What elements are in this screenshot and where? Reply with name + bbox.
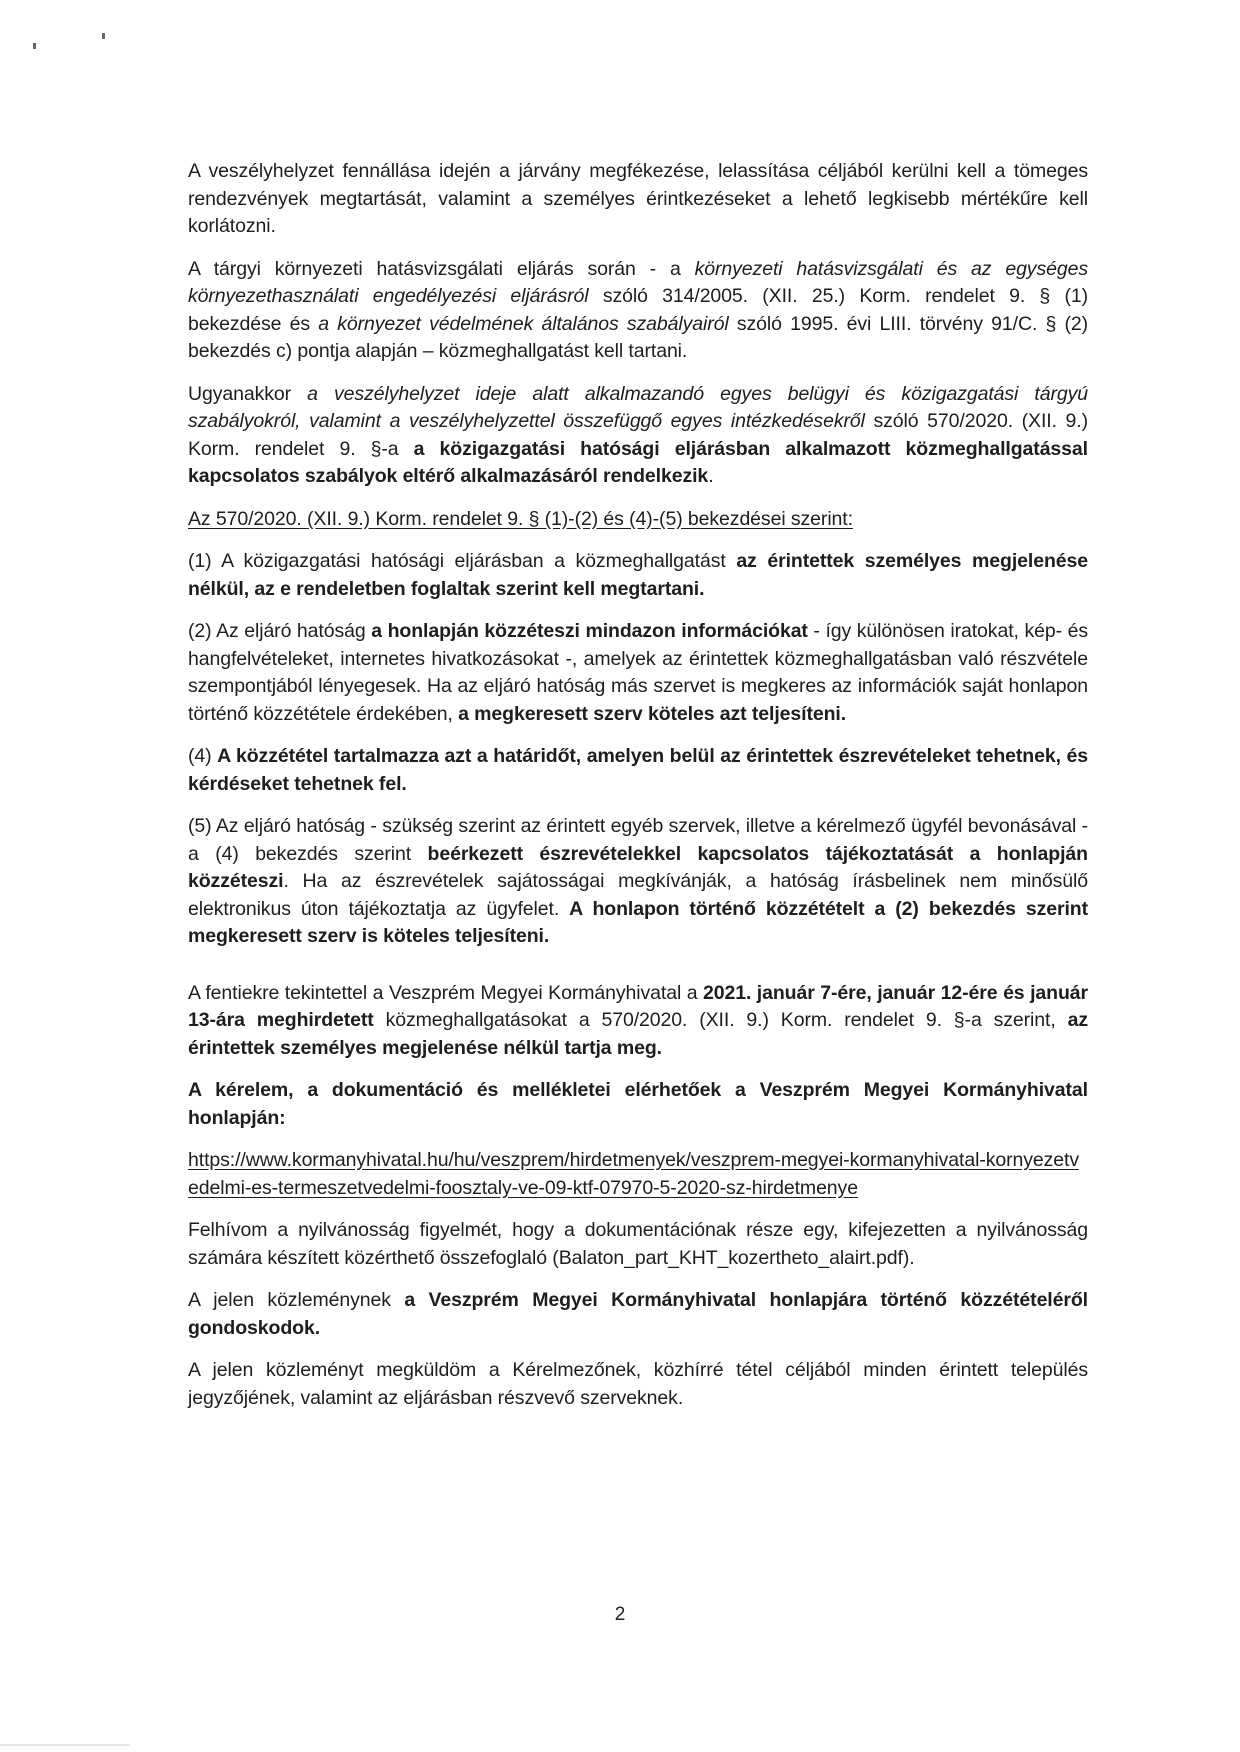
text: A fentiekre tekintettel a Veszprém Megye… [188,982,703,1004]
section-heading-underlined: Az 570/2020. (XII. 9.) Korm. rendelet 9.… [188,506,1088,534]
scan-mark-right [102,33,105,39]
emphasis-bold: a honlapján közzéteszi mindazon informác… [371,620,808,642]
paragraph-legal-basis: A tárgyi környezeti hatásvizsgálati eljá… [188,256,1088,366]
paragraph-public-summary: Felhívom a nyilvánosság figyelmét, hogy … [188,1217,1088,1272]
page-number: 2 [0,1604,1240,1626]
text: . [708,465,713,487]
clause-4: (4) A közzététel tartalmazza azt a határ… [188,743,1088,798]
clause-1: (1) A közigazgatási hatósági eljárásban … [188,548,1088,603]
scan-mark-left [33,43,36,49]
text: Ugyanakkor [188,383,307,405]
text: (1) A közigazgatási hatósági eljárásban … [188,550,736,572]
paragraph-publication: A jelen közleménynek a Veszprém Megyei K… [188,1287,1088,1342]
text: közmeghallgatásokat a 570/2020. (XII. 9.… [374,1009,1068,1031]
clause-2: (2) Az eljáró hatóság a honlapján közzét… [188,618,1088,728]
text: A jelen közleménynek [188,1289,404,1311]
emphasis-bold: A közzététel tartalmazza azt a határidőt… [188,745,1088,795]
law-title-italic: a környezet védelmének általános szabály… [318,313,728,335]
paragraph-emergency-intro: A veszélyhelyzet fennállása idején a jár… [188,158,1088,241]
scan-artifact-line [0,1744,130,1746]
paragraph-distribution: A jelen közleményt megküldöm a Kérelmező… [188,1357,1088,1412]
paragraph-hearing-dates: A fentiekre tekintettel a Veszprém Megye… [188,980,1088,1063]
text: A tárgyi környezeti hatásvizsgálati eljá… [188,258,695,280]
paragraph-documents-available: A kérelem, a dokumentáció és mellékletei… [188,1077,1088,1132]
website-link[interactable]: https://www.kormanyhivatal.hu/hu/veszpre… [188,1147,1088,1202]
document-body: A veszélyhelyzet fennállása idején a jár… [188,158,1088,1427]
clause-5: (5) Az eljáró hatóság - szükség szerint … [188,813,1088,951]
emphasis-bold: A kérelem, a dokumentáció és mellékletei… [188,1079,1088,1129]
text: (4) [188,745,217,767]
paragraph-decree-reference: Ugyanakkor a veszélyhelyzet ideje alatt … [188,381,1088,491]
emphasis-bold: a megkeresett szerv köteles azt teljesít… [458,703,846,725]
text: (2) Az eljáró hatóság [188,620,371,642]
spacer [188,966,1088,980]
underlined-heading: Az 570/2020. (XII. 9.) Korm. rendelet 9.… [188,508,853,530]
